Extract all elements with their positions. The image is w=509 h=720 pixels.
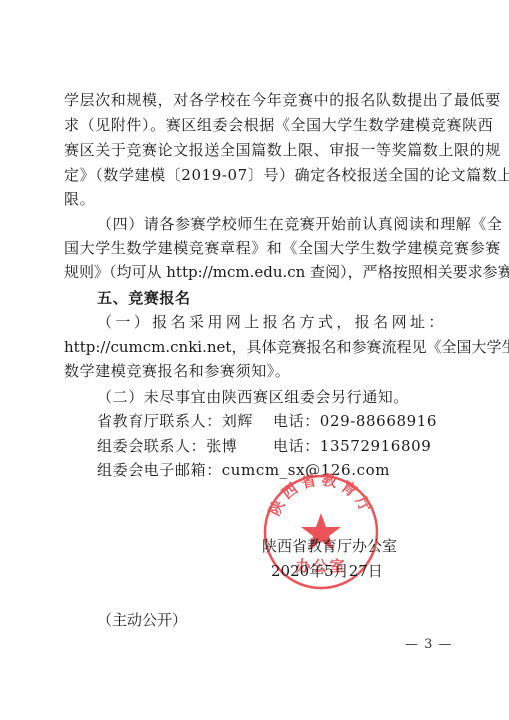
text-line: 规则》（均可从 http://mcm.edu.cn 查阅），严格按照相关要求参赛… [64,262,444,282]
svg-text:陕西省教育厅: 陕西省教育厅 [265,473,376,519]
seal-ring-text: 陕西省教育厅 [265,473,376,519]
contact-person: 组委会联系人：张博 [97,436,237,456]
text-line: 限。 [64,189,444,209]
contact-person: 省教育厅联系人：刘辉 [97,411,253,431]
contact-phone: 电话：13572916809 [273,436,431,456]
document-page: 学层次和规模，对各学校在今年竞赛中的报名队数提出了最低要 求（见附件）。赛区组委… [0,0,509,720]
text-line: http://cumcm.cnki.net，具体竞赛报名和参赛流程见《全国大学生 [64,337,444,357]
text-line: 数学建模竞赛报名和参赛须知》。 [64,361,444,381]
section-heading: 五、竞赛报名 [97,288,477,308]
text-line: 求（见附件）。赛区组委会根据《全国大学生数学建模竞赛陕西 [64,115,444,135]
text-line: （一）报名采用网上报名方式，报名网址： [97,312,444,332]
text-line: 国大学生数学建模竞赛章程》和《全国大学生数学建模竞赛参赛 [64,238,444,258]
disclosure-note: （主动公开） [97,610,187,630]
issuer-name: 陕西省教育厅办公室 [262,536,397,556]
text-line: 学层次和规模，对各学校在今年竞赛中的报名队数提出了最低要 [64,90,444,110]
page-number: — 3 — [405,637,453,653]
text-line: 赛区关于竞赛论文报送全国篇数上限、审报一等奖篇数上限的规 [64,140,444,160]
contact-phone: 电话：029-88668916 [273,411,437,431]
text-line: （二）未尽事宜由陕西赛区组委会另行通知。 [97,387,477,407]
text-line: 定》（数学建模〔2019-07〕号）确定各校报送全国的论文篇数上 [64,165,444,185]
text-line: （四）请各参赛学校师生在竞赛开始前认真阅读和理解《全 [97,214,444,234]
issue-date: 2020年5月27日 [271,561,383,581]
